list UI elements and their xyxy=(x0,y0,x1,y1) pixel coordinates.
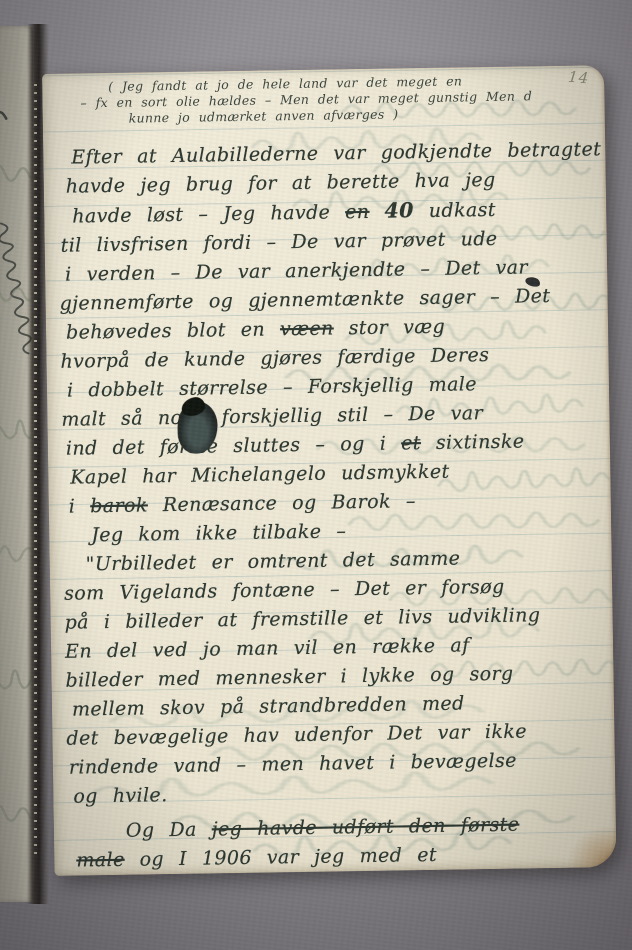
struck-text-segment: male xyxy=(76,849,125,872)
header-block: ( Jeg fandt at jo de hele land var det m… xyxy=(56,71,597,127)
struck-text-segment: en xyxy=(345,201,370,223)
text-segment: som Vigelands fontæne – Det er forsøg xyxy=(64,576,505,605)
text-segment: stor væg xyxy=(334,316,446,340)
struck-text-segment: væen xyxy=(280,317,334,340)
text-segment: Og Da xyxy=(126,818,212,841)
text-segment: rindende vand – men havet i bevægelse xyxy=(69,750,517,779)
text-segment: i dobbelt størrelse – Forskjellig male xyxy=(67,373,477,401)
text-segment: på i billeder at fremstille et livs udvi… xyxy=(64,604,540,633)
text-segment: til livsfrisen fordi – De var prøvet ude xyxy=(61,228,498,257)
perforation-dots xyxy=(34,84,37,856)
text-segment: i verden – De var anerkjendte – Det var xyxy=(65,256,528,285)
text-segment: mellem skov på strandbredden med xyxy=(72,692,465,720)
text-segment: havde jeg brug for at berette hva jeg xyxy=(66,169,496,198)
text-segment: Jeg kom ikke tilbake – xyxy=(91,520,346,546)
text-segment: En del ved jo man vil en række af xyxy=(65,634,470,662)
struck-text-segment: barok xyxy=(90,494,148,517)
text-segment xyxy=(369,201,384,223)
text-segment: og hvile. xyxy=(73,784,168,807)
text-segment: "Urbilledet er omtrent det samme xyxy=(86,547,461,575)
text-segment: ind det første sluttes – og i xyxy=(66,432,402,459)
text-segment: havde løst – Jeg havde xyxy=(72,201,345,227)
manuscript-photo: 14 ( Jeg fandt at jo de hele land var de… xyxy=(0,0,632,950)
text-segment: gjennemførte og gjennemtænkte sager – De… xyxy=(59,285,550,315)
struck-text-segment: et xyxy=(401,432,421,454)
text-segment: udkast xyxy=(414,199,496,222)
manuscript-page: 14 ( Jeg fandt at jo de hele land var de… xyxy=(42,65,617,876)
text-segment: malt så noen forskjellig stil – De var xyxy=(61,402,483,431)
text-segment: hvorpå de kunde gjøres færdige Deres xyxy=(60,344,489,373)
text-segment: sixtinske xyxy=(421,430,525,454)
text-segment: og I 1906 var jeg med et xyxy=(124,844,437,871)
text-segment: billeder med mennesker i lykke og sorg xyxy=(65,663,513,692)
struck-text-segment: jeg havde udført den første xyxy=(212,814,520,841)
body-block: Efter at Aulabillederne var godkjendte b… xyxy=(57,135,612,875)
text-segment: 40 xyxy=(384,198,414,222)
text-segment: Efter at Aulabillederne var godkjendte b… xyxy=(71,138,601,168)
text-segment: kunne jo udmærket anven afværges ) xyxy=(129,106,399,125)
text-segment: Renæsance og Barok – xyxy=(148,490,416,516)
text-segment: behøvedes blot en xyxy=(66,318,280,343)
text-segment: Kapel har Michelangelo udsmykket xyxy=(70,461,450,489)
text-segment: det bevægelige hav udenfor Det var ikke xyxy=(66,720,527,749)
text-segment: i xyxy=(69,495,91,517)
